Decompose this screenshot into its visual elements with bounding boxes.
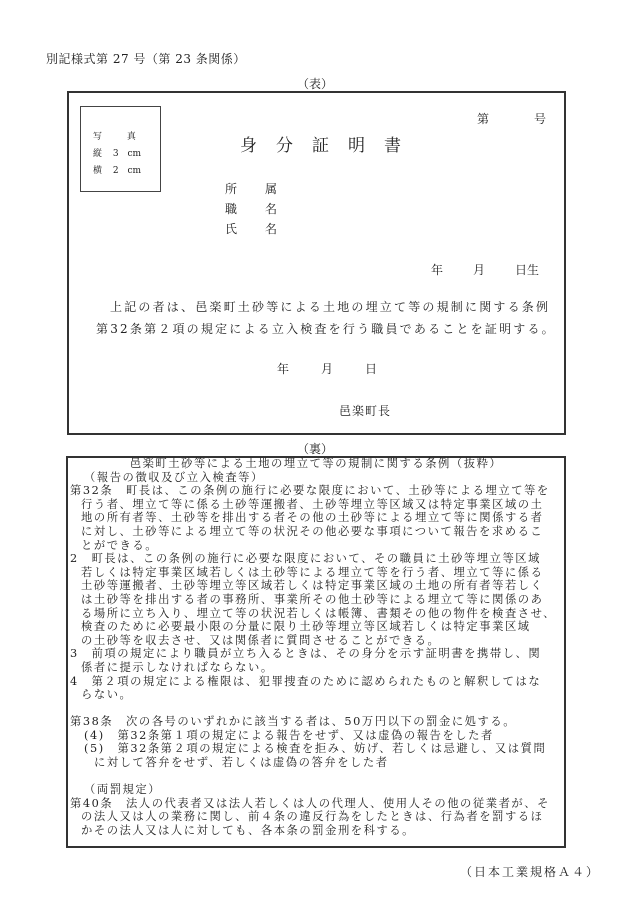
paragraph-3-line: 3 前項の規定により職員が立ち入るときは、その身分を示す証明書を携帯し、関 [70,647,562,661]
paragraph-2-line: 2 町長は、この条例の施行に必要な限度において、その職員に土砂等埋立等区域 [70,552,562,566]
paragraph-2-line: の土砂等を収去させ、又は関係者に質問させることができる。 [70,634,562,648]
field-label: 名 [265,220,277,237]
spacer [70,702,562,716]
paragraph-4-line: 4 第２項の規定による権限は、犯罪捜査のために認められたものと解釈してはな [70,675,562,689]
paragraph-2-line: る場所に立ち入り、埋立て等の状況若しくは帳簿、書類その他の物件を検査させ、 [70,607,562,621]
issue-day-label: 日 [365,362,377,376]
field-label: 所 [225,182,237,196]
article-32-line: とができる。 [70,539,562,553]
article-32-line: 行う者、埋立て等に係る土砂等運搬者、土砂等埋立等区域又は特定事業区域の土 [70,498,562,512]
issue-year-label: 年 [277,362,289,376]
field-label: 氏 [225,222,237,236]
photo-label: 写 [93,129,102,142]
article-40-line: の法人又は人の業務に関し、前４条の違反行為をしたときは、行為者を罰するほ [70,810,562,824]
article-caption: （報告の徴収及び立入検査等） [70,471,562,485]
field-label: 属 [265,180,277,197]
field-label: 名 [265,200,277,217]
issue-month-label: 月 [321,362,333,376]
paper-size-note: （日本工業規格Ａ４） [460,863,600,880]
article-40-line: かその法人又は人に対しても、各本条の罰金刑を科する。 [70,824,562,838]
article-38-line: 第38条 次の各号のいずれかに該当する者は、50万円以下の罰金に処する。 [70,715,562,729]
number-suffix: 号 [534,112,546,126]
photo-label: 真 [127,129,136,142]
photo-width-value: 2 [113,166,119,176]
paragraph-2-line: 検査のために必要最小限の分量に限り土砂等埋立等区域若しくは特定事業区域 [70,620,562,634]
article-32-line: 地の所有者等、土砂等を排出する者その他の土砂等による埋立て等に関係する者 [70,511,562,525]
paragraph-3-line: 係者に提示しなければならない。 [70,661,562,675]
birth-month-label: 月 [473,263,485,277]
photo-height-label: 縦 [93,146,102,159]
article-38-item-4: (4) 第32条第１項の規定による報告をせず、又は虚偽の報告をした者 [70,729,562,743]
ordinance-excerpt: 邑楽町土砂等による土地の埋立て等の規制に関する条例（抜粋） （報告の徴収及び立入… [70,457,562,838]
form-reference: 別記様式第 27 号（第 23 条関係） [46,50,246,67]
certificate-number: 第号 [477,110,546,127]
back-side-label: （裏） [0,440,630,457]
certification-line-2: 第32条第２項の規定による立入検査を行う職員であることを証明する。 [96,320,556,337]
photo-height-value: 3 [113,149,119,159]
article-32-line: に対し、土砂等による埋立て等の状況その他必要な事項について報告を求めるこ [70,525,562,539]
paragraph-2-line: 土砂等運搬者、土砂等埋立等区域若しくは特定事業区域の土地の所有者等若しく [70,579,562,593]
photo-width-label: 横 [93,163,102,176]
field-affiliation: 所属 [225,180,237,197]
article-38-item-5: に対して答弁をせず、若しくは虚偽の答弁をした者 [70,756,562,770]
photo-placeholder: 写 真 縦 3 cm 横 2 cm [80,106,161,192]
photo-height-unit: cm [128,149,142,159]
field-label: 職 [225,202,237,216]
field-position: 職名 [225,200,237,217]
paragraph-4-line: らない。 [70,688,562,702]
certification-line-1: 上記の者は、邑楽町土砂等による土地の埋立て等の規制に関する条例 [110,298,550,315]
paragraph-2-line: は土砂等を排出する者の事務所、事業所その他土砂等による埋立て等に関係のあ [70,593,562,607]
birth-year-label: 年 [431,263,443,277]
article-32-line: 第32条 町長は、この条例の施行に必要な限度において、土砂等による埋立て等を [70,484,562,498]
issuer: 邑楽町長 [339,402,391,419]
spacer [70,770,562,784]
article-40-line: 第40条 法人の代表者又は法人若しくは人の代理人、使用人その他の従業者が、そ [70,797,562,811]
document-title: 身分証明書 [240,131,420,156]
excerpt-title: 邑楽町土砂等による土地の埋立て等の規制に関する条例（抜粋） [70,457,562,471]
photo-width-unit: cm [128,166,142,176]
front-side-label: （表） [0,75,630,92]
birth-date: 年月日生 [431,261,539,278]
number-prefix: 第 [477,112,489,126]
field-name: 氏名 [225,220,237,237]
article-38-item-5: (5) 第32条第２項の規定による検査を拒み、妨げ、若しくは忌避し、又は質問 [70,742,562,756]
issue-date: 年月日 [277,360,409,377]
paragraph-2-line: 若しくは特定事業区域若しくは土砂等による埋立て等を行う者、埋立て等に係る [70,566,562,580]
article-caption: （両罰規定） [70,783,562,797]
birth-day-label: 日生 [515,263,539,277]
